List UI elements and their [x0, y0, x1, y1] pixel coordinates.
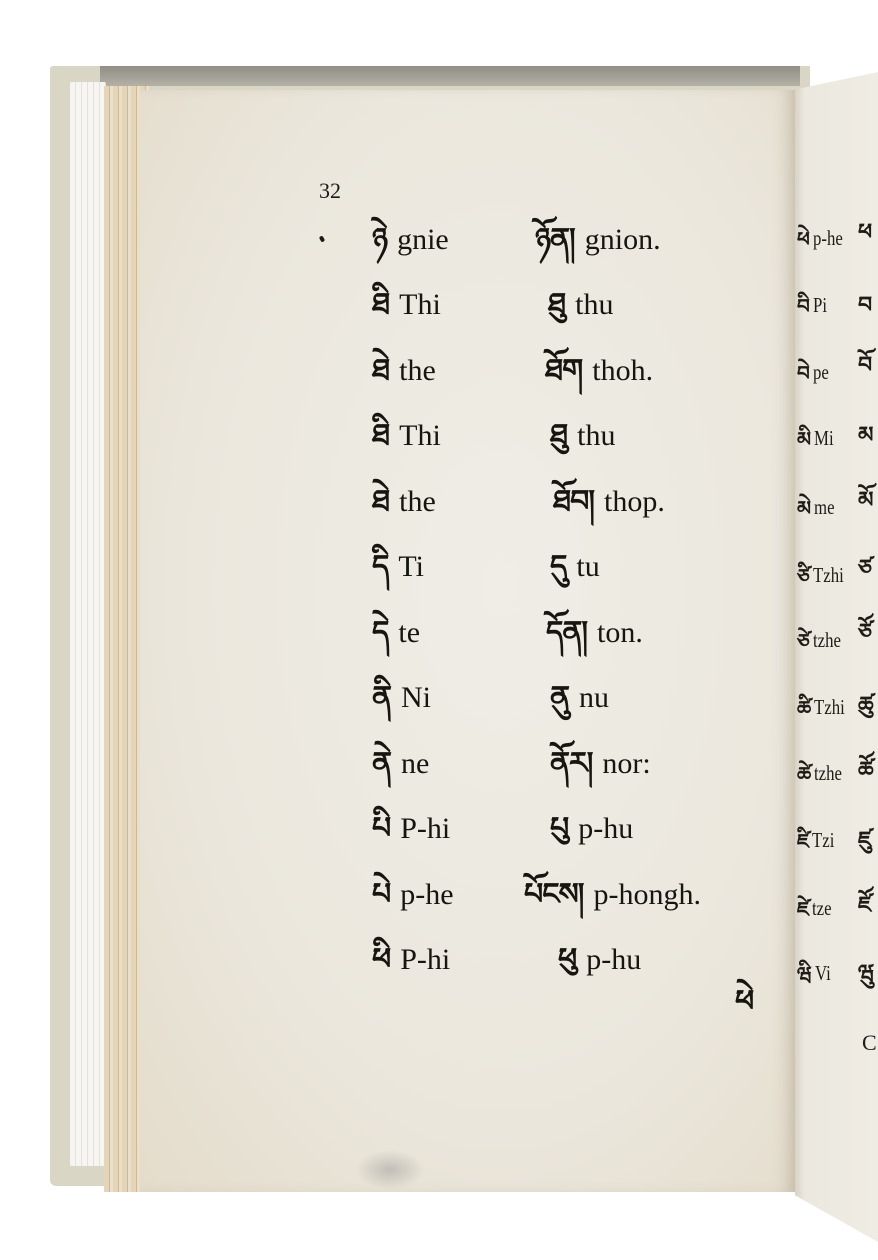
syllable-entry: ཐོབ།thop.	[553, 487, 665, 517]
transliteration: thop.	[604, 487, 665, 517]
tibetan-glyph: དུ	[550, 552, 566, 582]
transliteration: P-hi	[400, 814, 450, 844]
syllable-entry: ཐེthe	[372, 487, 436, 517]
syllable-entry: ཉོན།gnion.	[535, 225, 661, 255]
transliteration: Ni	[401, 683, 431, 713]
transliteration: tzhe	[813, 630, 841, 651]
right-col2-glyph: བོ	[858, 355, 872, 377]
tibetan-glyph: བི	[797, 296, 810, 316]
right-col2-glyph: ཝུ	[858, 963, 874, 985]
syllable-entry: ནིNi	[372, 683, 431, 713]
right-col2-glyph: ཚུ	[858, 695, 874, 717]
tibetan-glyph: ཛི	[797, 831, 809, 851]
tibetan-glyph: པེ	[372, 880, 390, 910]
tibetan-glyph: པི	[372, 814, 390, 844]
transliteration: Ti	[398, 552, 424, 582]
right-syllable-entry: མེme	[797, 497, 840, 518]
tibetan-glyph: ནུ	[550, 683, 569, 713]
syllable-entry: ཕུp-hu	[558, 945, 641, 975]
tibetan-glyph: མི	[797, 429, 811, 449]
right-syllable-entry: བེpe	[797, 362, 833, 383]
transliteration: tzhe	[814, 763, 842, 784]
syllable-entry: ཐོགthoh.	[545, 356, 653, 386]
transliteration: ne	[401, 749, 429, 779]
transliteration: p-he	[813, 228, 843, 249]
syllable-entry: ནེne	[372, 749, 429, 779]
tibetan-glyph: ཙི	[797, 566, 810, 586]
tibetan-glyph: བེ	[797, 363, 810, 383]
transliteration: thu	[577, 421, 615, 451]
transliteration: p-hu	[578, 814, 633, 844]
right-page-signature-fragment: C	[862, 1030, 877, 1056]
right-col2-glyph: ཙ	[858, 558, 872, 580]
syllable-entry: པིP-hi	[372, 814, 450, 844]
right-syllable-entry: ཙིTzhi	[797, 565, 851, 586]
transliteration: p-he	[400, 880, 453, 910]
tibetan-glyph: ཐེ	[372, 356, 389, 386]
catchword: ཕེ	[735, 968, 754, 1052]
tibetan-glyph: ནི	[372, 683, 391, 713]
tibetan-glyph: ཐི	[372, 421, 389, 451]
tibetan-glyph: ཐུ	[550, 421, 567, 451]
tibetan-glyph: ཝི	[797, 964, 812, 984]
tibetan-glyph: ཚི	[797, 698, 811, 718]
tibetan-glyph: པོངས།	[524, 880, 583, 910]
syllable-entry: པོངས།p-hongh.	[524, 880, 701, 910]
tibetan-glyph: ཕི	[372, 945, 390, 975]
right-col2-glyph: ཕ	[858, 222, 872, 244]
transliteration: the	[399, 356, 436, 386]
transliteration: P-hi	[400, 945, 450, 975]
page-fore-edge	[70, 82, 106, 1166]
tibetan-glyph: ནེ	[372, 749, 391, 779]
transliteration: ton.	[597, 618, 643, 648]
right-col2-glyph: བ	[858, 295, 872, 317]
ink-smudge	[355, 1150, 425, 1190]
tibetan-glyph: ཐེ	[372, 487, 389, 517]
tibetan-glyph: ནོར།	[550, 749, 592, 779]
syllable-entry: ཉེgnie	[372, 225, 449, 255]
right-col2-glyph: མ	[858, 425, 873, 447]
syllable-entry: ཐུthu	[548, 290, 613, 320]
right-syllable-entry: ཚེtzhe	[797, 763, 849, 784]
tibetan-glyph: ཐུ	[548, 290, 565, 320]
syllable-entry: པུp-hu	[550, 814, 633, 844]
tibetan-glyph: ཉོན།	[535, 225, 575, 255]
syllable-entry: ཐིThi	[372, 290, 441, 320]
transliteration: thoh.	[592, 356, 653, 386]
tibetan-glyph: དི	[372, 552, 388, 582]
tibetan-glyph: མེ	[797, 498, 811, 518]
transliteration: tu	[576, 552, 599, 582]
syllable-entry: ཐེthe	[372, 356, 436, 386]
tibetan-glyph: དོན།	[546, 618, 587, 648]
transliteration: p-hu	[586, 945, 641, 975]
tibetan-glyph: ཚེ	[797, 764, 811, 784]
right-col2-glyph: ཛོ	[858, 895, 871, 917]
transliteration: Mi	[814, 428, 834, 449]
syllable-entry: ནོར།nor:	[550, 749, 651, 779]
transliteration: pe	[813, 362, 829, 383]
syllable-entry: ཐུthu	[550, 421, 615, 451]
syllable-entry: ཕིP-hi	[372, 945, 450, 975]
syllable-entry: དེte	[372, 618, 420, 648]
transliteration: Thi	[399, 290, 441, 320]
transliteration: Pi	[813, 295, 827, 316]
right-syllable-entry: ཙེtzhe	[797, 630, 848, 651]
right-syllable-entry: ཝིVi	[797, 963, 835, 984]
tibetan-glyph: ཐོབ།	[553, 487, 594, 517]
left-page	[140, 90, 795, 1192]
right-syllable-entry: ཛེtze	[797, 898, 837, 919]
tibetan-glyph: ཛེ	[797, 899, 809, 919]
right-syllable-entry: ཚིTzhi	[797, 697, 853, 718]
right-syllable-entry: ཛིTzi	[797, 830, 840, 851]
transliteration: nor:	[602, 749, 650, 779]
book-cover-top-edge	[100, 66, 800, 86]
transliteration: thu	[575, 290, 613, 320]
tibetan-glyph: དེ	[372, 618, 388, 648]
right-col2-glyph: ཙོ	[858, 622, 872, 644]
transliteration: me	[814, 497, 835, 518]
right-syllable-entry: ཕེp-he	[797, 228, 850, 249]
tibetan-glyph: ཕུ	[558, 945, 576, 975]
transliteration: gnie	[397, 225, 449, 255]
right-col2-glyph: ཛུ	[858, 830, 871, 852]
tibetan-glyph: ཕེ	[797, 229, 810, 249]
transliteration: tze	[812, 898, 832, 919]
transliteration: gnion.	[585, 225, 661, 255]
transliteration: p-hongh.	[593, 880, 701, 910]
tibetan-glyph: ཉེ	[372, 225, 387, 255]
tibetan-glyph: པུ	[550, 814, 568, 844]
syllable-entry: དུtu	[550, 552, 600, 582]
tibetan-glyph: ཙེ	[797, 631, 810, 651]
transliteration: the	[399, 487, 436, 517]
transliteration: Tzhi	[814, 697, 845, 718]
transliteration: te	[398, 618, 420, 648]
page-number: 32	[319, 178, 341, 204]
transliteration: Vi	[815, 963, 831, 984]
syllable-entry: ནུnu	[550, 683, 609, 713]
transliteration: nu	[579, 683, 609, 713]
tibetan-glyph: ཐོག	[545, 356, 582, 386]
transliteration: Tzhi	[813, 565, 844, 586]
syllable-entry: དོན།ton.	[546, 618, 643, 648]
transliteration: Thi	[399, 421, 441, 451]
tibetan-glyph: ཐི	[372, 290, 389, 320]
syllable-entry: པེp-he	[372, 880, 454, 910]
syllable-entry: དིTi	[372, 552, 424, 582]
right-syllable-entry: བིPi	[797, 295, 830, 316]
right-col2-glyph: ཚོ	[858, 760, 874, 782]
syllable-entry: ཐིThi	[372, 421, 441, 451]
right-syllable-entry: མིMi	[797, 428, 839, 449]
right-col2-glyph: མོ	[858, 490, 873, 512]
transliteration: Tzi	[812, 830, 834, 851]
